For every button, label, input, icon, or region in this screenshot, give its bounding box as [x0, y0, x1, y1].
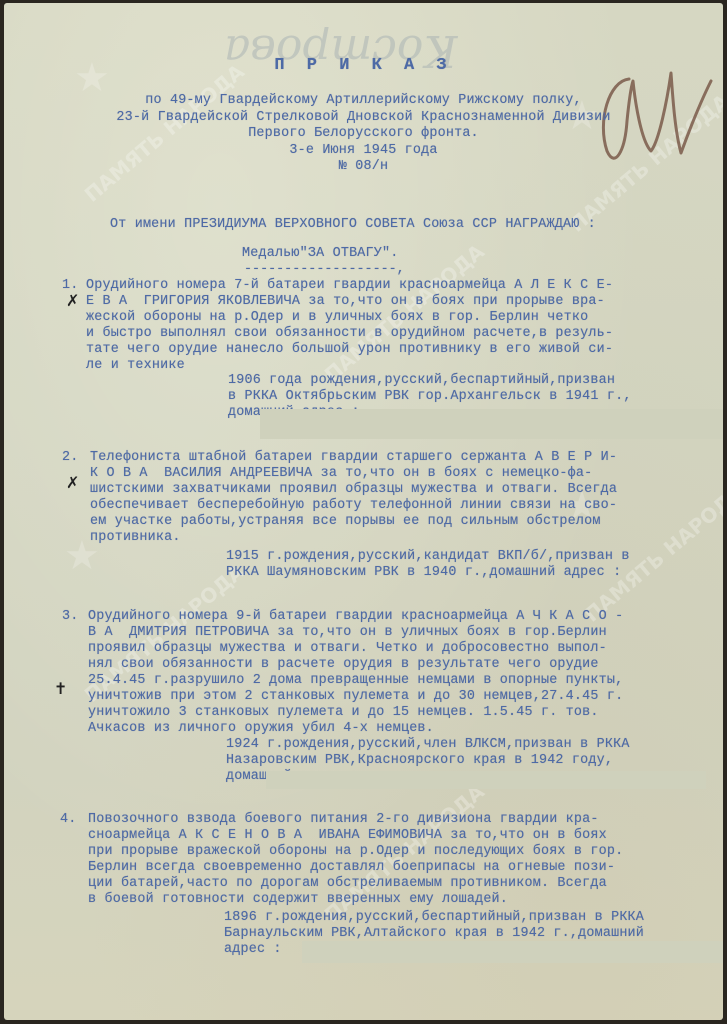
- entry-line: жеской обороны на р.Одер и в уличных боя…: [86, 309, 588, 326]
- bio-line: в РККА Октябрьским РВК гор.Архангельск в…: [228, 388, 632, 405]
- bio-line: домашний адрес :: [226, 768, 358, 785]
- header-line: по 49-му Гвардейскому Артиллерийскому Ри…: [4, 92, 723, 109]
- entry-line: противника.: [90, 529, 181, 546]
- entry-number: 3.: [62, 608, 78, 625]
- entry-line: Ачкасов из личного оружия убил 4-х немце…: [88, 720, 434, 737]
- entry-line: Орудийного номера 7-й батареи гвардии кр…: [86, 277, 613, 294]
- entry-line: ции батарей,часто по дорогам обстреливае…: [88, 875, 607, 892]
- entry-line: тате чего орудие нанесло большой урон пр…: [86, 341, 613, 358]
- bio-line: 1896 г.рождения,русский,беспартийный,при…: [224, 909, 644, 926]
- entry-line: и быстро выполнял свои обязанности в ору…: [86, 325, 613, 342]
- bio-line: 1906 года рождения,русский,беспартийный,…: [228, 372, 615, 389]
- entry-line: Телефониста штабной батареи гвардии стар…: [90, 449, 617, 466]
- entry-line: в боевой готовности содержит вверенных е…: [88, 891, 508, 908]
- margin-mark-icon: ✗: [66, 473, 79, 492]
- entry-line: Е В А ГРИГОРИЯ ЯКОВЛЕВИЧА за то,что он в…: [86, 293, 605, 310]
- margin-mark-icon: ✗: [66, 291, 79, 310]
- entry-line: Берлин всегда своевременно доставлял бое…: [88, 859, 615, 876]
- entry-line: уничтожило 3 станковых пулемета и до 15 …: [88, 704, 599, 721]
- preamble: От имени ПРЕЗИДИУМА ВЕРХОВНОГО СОВЕТА Со…: [110, 216, 596, 233]
- bio-line: Барнаульским РВК,Алтайского края в 1942 …: [224, 925, 644, 942]
- entry-line: В А ДМИТРИЯ ПЕТРОВИЧА за то,что он в ули…: [88, 624, 607, 641]
- entry-line: Орудийного номера 9-й батареи гвардии кр…: [88, 608, 623, 625]
- entry-line: Повозочного взвода боевого питания 2-го …: [88, 811, 599, 828]
- order-number: № 08/н: [4, 158, 723, 175]
- entry-line: при прорыве вражеской обороны на р.Одер …: [88, 843, 623, 860]
- bio-line: РККА Шаумяновским РВК в 1940 г.,домашний…: [226, 564, 621, 581]
- header-line: 23-й Гвардейской Стрелковой Дновской Кра…: [4, 109, 723, 126]
- bio-line: 1915 г.рождения,русский,кандидат ВКП/б/,…: [226, 548, 630, 565]
- document-page: ★ ПАМЯТЬ НАРОДА ★ ПАМЯТЬ НАРОДА ★ ПАМЯТЬ…: [4, 3, 723, 1020]
- margin-mark-icon: ✝: [54, 679, 67, 698]
- entry-line: проявил образцы мужества и отваги. Четко…: [88, 640, 607, 657]
- bio-line: 1924 г.рождения,русский,член ВЛКСМ,призв…: [226, 736, 630, 753]
- entry-line: К О В А ВАСИЛИЯ АНДРЕЕВИЧА за то,что он …: [90, 465, 592, 482]
- bio-line: Назаровским РВК,Красноярского края в 194…: [226, 752, 613, 769]
- entry-line: ле и технике: [86, 357, 185, 374]
- bio-line: домашний адрес :: [228, 404, 360, 421]
- bio-line: адрес :: [224, 941, 282, 958]
- header-line: Первого Белорусского фронта.: [4, 125, 723, 142]
- redacted-address: [302, 941, 723, 963]
- entry-line: обеспечивает бесперебойную работу телефо…: [90, 497, 617, 514]
- medal-name: Медалью"ЗА ОТВАГУ".: [242, 245, 398, 262]
- entry-line: уничтожив при этом 2 станковых пулемета …: [88, 688, 623, 705]
- entry-line: шистскими захватчиками проявил образцы м…: [90, 481, 617, 498]
- entry-line: сноармейца А К С Е Н О В А ИВАНА ЕФИМОВИ…: [88, 827, 607, 844]
- entry-line: ем участке работы,устраняя все порывы ее…: [90, 513, 601, 530]
- entry-line: 25.4.45 г.разрушило 2 дома превращенные …: [88, 672, 623, 689]
- medal-underline: -------------------,: [244, 261, 405, 278]
- entry-number: 2.: [62, 449, 78, 466]
- entry-number: 4.: [60, 811, 76, 828]
- order-date: 3-е Июня 1945 года: [4, 142, 723, 159]
- page-title: П Р И К А З: [4, 57, 723, 74]
- entry-line: нял свои обязанности в расчете орудия в …: [88, 656, 599, 673]
